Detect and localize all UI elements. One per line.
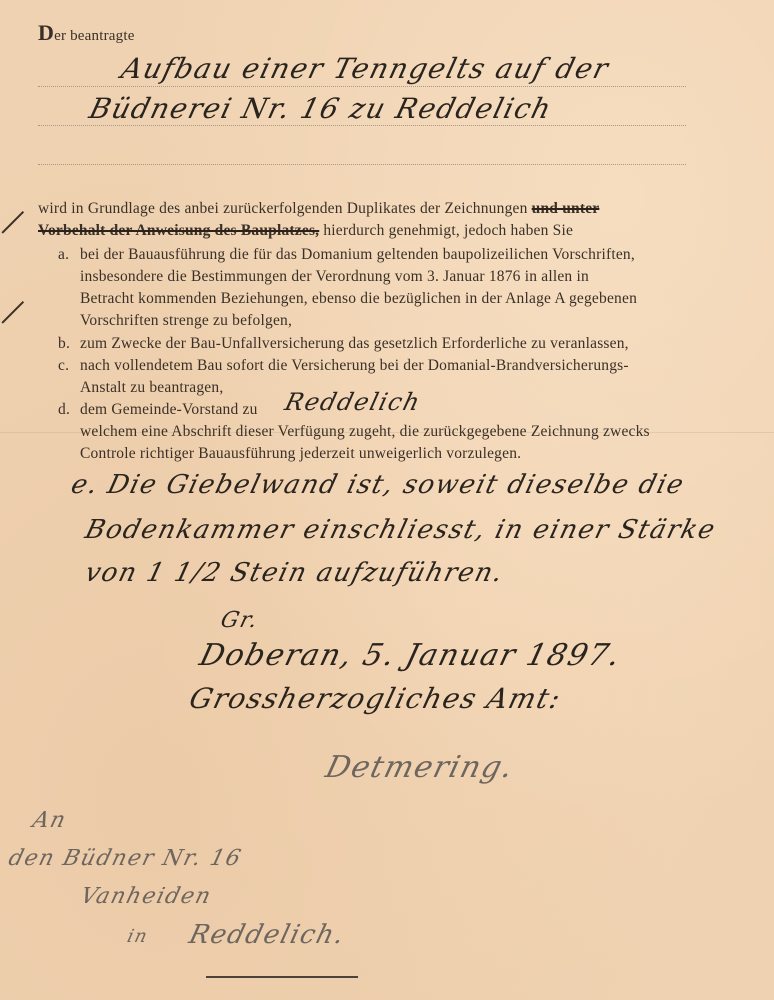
item-b-marker: b. — [58, 335, 70, 353]
address-line-3-prefix: in — [125, 926, 151, 947]
body-line-2: Vorbehalt der Anweisung des Bauplatzes, … — [38, 222, 573, 240]
address-underline — [206, 976, 358, 978]
address-line-1: den Büdner Nr. 16 — [6, 846, 244, 871]
item-a-line-4: Vorschriften strenge zu befolgen, — [80, 312, 292, 330]
body-line-2-text: hierdurch genehmigt, jedoch haben Sie — [323, 222, 573, 239]
dotted-rule-3 — [38, 164, 686, 165]
item-c-line-1: nach vollendetem Bau sofort die Versiche… — [80, 357, 629, 375]
document-page: Der beantragte Aufbau einer Tenngelts au… — [0, 0, 774, 1000]
item-c-marker: c. — [58, 357, 69, 375]
item-a-line-1: bei der Bauausführung die für das Domani… — [80, 246, 635, 264]
body-line-1-text: wird in Grundlage des anbei zurückerfolg… — [38, 200, 528, 217]
body-line-1: wird in Grundlage des anbei zurückerfolg… — [38, 200, 738, 218]
struck-text-1: und unter — [532, 200, 600, 217]
intro-text: er beantragte — [54, 28, 134, 44]
dotted-rule-1 — [38, 86, 686, 87]
item-d-handwritten-place: Reddelich — [282, 388, 424, 416]
address-to: An — [30, 808, 69, 833]
item-d-prefix: dem Gemeinde-Vorstand zu — [80, 401, 258, 419]
margin-check-mark-1 — [1, 211, 23, 233]
item-a-marker: a. — [58, 246, 69, 264]
address-line-3-place: Reddelich. — [186, 920, 348, 950]
item-a-line-2: insbesondere die Bestimmungen der Verord… — [80, 268, 589, 286]
place-date: Doberan, 5. Januar 1897. — [196, 638, 625, 673]
dotted-rule-2 — [38, 125, 686, 126]
margin-check-mark-2 — [1, 301, 23, 323]
closing-mark: Gr. — [218, 608, 261, 633]
item-b-line-1: zum Zwecke der Bau-Unfallversicherung da… — [80, 335, 629, 353]
item-d-marker: d. — [58, 401, 70, 419]
struck-text-2: Vorbehalt der Anweisung des Bauplatzes, — [38, 222, 319, 239]
item-c-line-2: Anstalt zu beantragen, — [80, 379, 223, 397]
signature: Detmering. — [322, 750, 518, 785]
address-line-2: Vanheiden — [78, 884, 214, 909]
item-a-line-3: Betracht kommenden Beziehungen, ebenso d… — [80, 290, 637, 308]
intro-label: Der beantragte — [38, 20, 135, 46]
intro-dropcap: D — [38, 20, 54, 45]
subject-line-1: Aufbau einer Tenngelts auf der — [118, 52, 613, 85]
item-d-line-1: welchem eine Abschrift dieser Verfügung … — [80, 423, 650, 441]
item-d-line-2: Controle richtiger Bauausführung jederze… — [80, 445, 521, 463]
authority: Grossherzogliches Amt: — [186, 682, 565, 715]
item-e-line-2: Bodenkammer einschliesst, in einer Stärk… — [82, 515, 719, 545]
item-e-line-3: von 1 1/2 Stein aufzuführen. — [82, 558, 507, 588]
item-e-line-1: e. Die Giebelwand ist, soweit dieselbe d… — [68, 470, 688, 500]
subject-line-2: Büdnerei Nr. 16 zu Reddelich — [86, 92, 556, 125]
